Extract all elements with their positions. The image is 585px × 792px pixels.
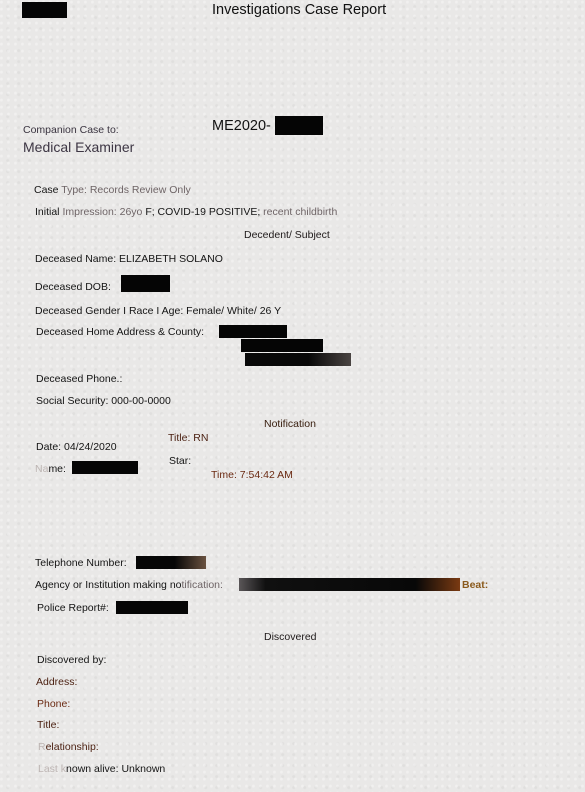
redacted-address-line-2	[241, 339, 323, 352]
report-title: Investigations Case Report	[212, 2, 386, 18]
agency-label: Agency or Institution making notificatio…	[35, 579, 223, 591]
discovered-relationship-label: Relationship:	[38, 741, 99, 753]
redacted-police-report	[116, 601, 188, 614]
notification-date: Date: 04/24/2020	[36, 441, 117, 453]
notification-name-label: Name:	[35, 463, 66, 475]
redacted-notifier-name	[72, 461, 138, 474]
discovered-phone-label: Phone:	[37, 698, 70, 710]
case-type: Case Type: Records Review Only	[34, 184, 191, 196]
redacted-address-line-1	[219, 325, 287, 338]
telephone-number-label: Telephone Number:	[35, 557, 127, 569]
discovered-by-label: Discovered by:	[37, 654, 106, 666]
discovered-title-label: Title:	[37, 719, 59, 731]
redacted-address-line-3	[245, 353, 351, 366]
last-known-alive: Last known alive: Unknown	[38, 763, 165, 775]
deceased-name: Deceased Name: ELIZABETH SOLANO	[35, 253, 223, 265]
case-number: ME2020-	[212, 118, 271, 134]
redacted-agency	[239, 578, 460, 591]
section-discovered: Discovered	[264, 631, 317, 643]
notification-time: Time: 7:54:42 AM	[211, 469, 293, 481]
deceased-address-label: Deceased Home Address & County:	[36, 326, 204, 338]
case-number-prefix: ME2020-	[212, 118, 271, 134]
companion-case-label: Companion Case to:	[23, 124, 119, 136]
section-decedent: Decedent/ Subject	[244, 229, 330, 241]
notification-star-label: Star:	[169, 455, 191, 467]
redacted-logo	[22, 2, 67, 18]
deceased-gender-race-age: Deceased Gender I Race I Age: Female/ Wh…	[35, 305, 281, 317]
social-security: Social Security: 000-00-0000	[36, 395, 171, 407]
notification-title: Title: RN	[168, 432, 208, 444]
redacted-case-number	[275, 116, 323, 135]
deceased-dob-label: Deceased DOB:	[35, 281, 111, 293]
redacted-telephone	[136, 556, 206, 569]
section-notification: Notification	[264, 418, 316, 430]
initial-impression: Initial Impression: 26yo F; COVID-19 POS…	[35, 206, 337, 218]
beat-label: Beat:	[462, 579, 488, 591]
deceased-phone-label: Deceased Phone.:	[36, 373, 122, 385]
companion-case-value: Medical Examiner	[23, 139, 134, 155]
redacted-dob	[121, 275, 170, 292]
discovered-address-label: Address:	[36, 676, 77, 688]
police-report-label: Police Report#:	[37, 602, 109, 614]
